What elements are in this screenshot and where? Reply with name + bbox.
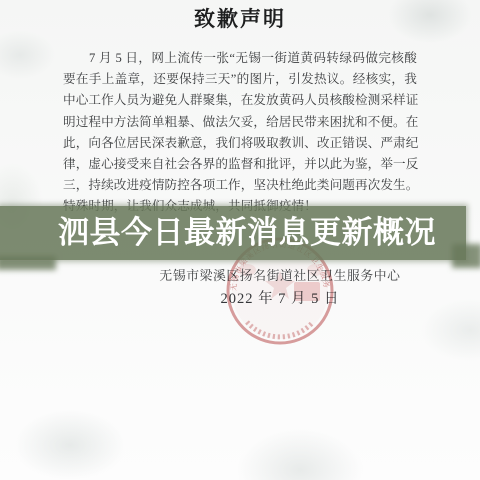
news-headline-text: 泗县今日最新消息更新概况: [0, 206, 480, 260]
letter-body: 7 月 5 日，网上流传一张“无锡一街道黄码转绿码做完核酸 要在手上盖章，还要保…: [63, 48, 417, 218]
news-headline-banner: 泗县今日最新消息更新概况: [0, 206, 466, 260]
letter-body-line: 三，持续改进疫情防控各项工作，坚决杜绝此类问题再次发生。: [63, 175, 417, 196]
letter-body-line: 明过程中方法简单粗暴、做法欠妥，给居民带来困扰和不便。在: [63, 112, 417, 133]
document-title: 致歉声明: [0, 3, 480, 33]
screenshot-root: 致歉声明 7 月 5 日，网上流传一张“无锡一街道黄码转绿码做完核酸 要在手上盖…: [0, 0, 480, 480]
letter-body-line: 要在手上盖章，还要保持三天”的图片，引发热议。经核实，我: [63, 69, 417, 90]
letter-body-line: 律，虚心接受来自社会各界的监督和批评，并以此为鉴，举一反: [63, 154, 417, 175]
letter-body-line: 7 月 5 日，网上流传一张“无锡一街道黄码转绿码做完核酸: [63, 48, 417, 69]
letter-body-line: 中心工作人员为避免人群聚集，在发放黄码人员核酸检测采样证: [63, 90, 417, 111]
letter-body-line: 此，向各位居民深表歉意，我们将吸取教训、改正错误、严肃纪: [63, 133, 417, 154]
